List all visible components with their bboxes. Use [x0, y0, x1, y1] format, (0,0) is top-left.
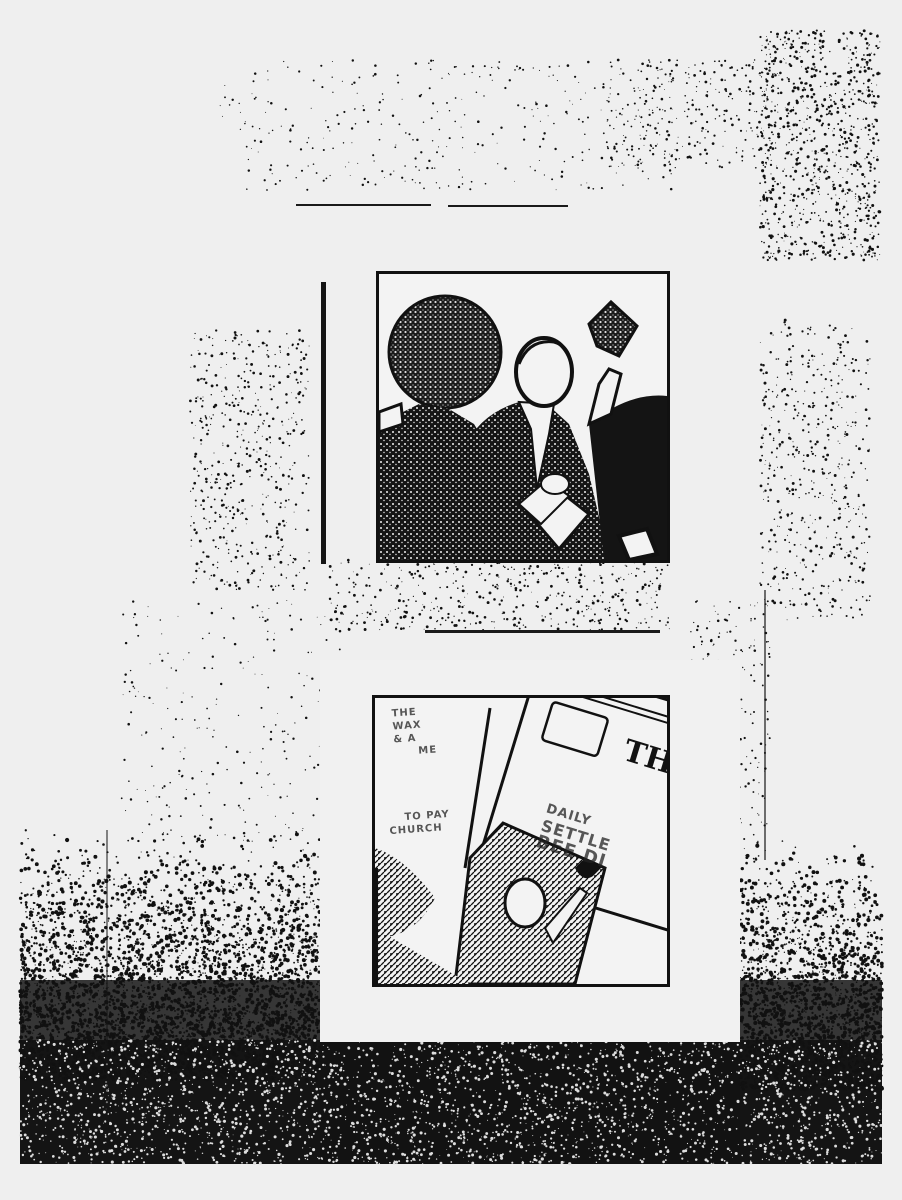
top-rule-left	[296, 204, 431, 206]
tree-crown	[389, 296, 501, 408]
top-illustration	[376, 271, 670, 563]
figure-head	[505, 879, 545, 927]
top-margin-bar	[321, 282, 326, 564]
right-margin-line	[764, 590, 766, 860]
left-column-lower-text: TO PAY CHURCH	[388, 808, 451, 838]
raised-book	[589, 302, 637, 356]
left-column-text: THE WAX & A ME	[391, 705, 437, 760]
bottom-illustration: THE WAX & A ME TO PAY CHURCH TH DAILY SE…	[372, 695, 670, 987]
left-margin-line	[106, 830, 108, 1160]
top-rule-right	[448, 205, 568, 207]
middle-rule	[425, 630, 660, 633]
